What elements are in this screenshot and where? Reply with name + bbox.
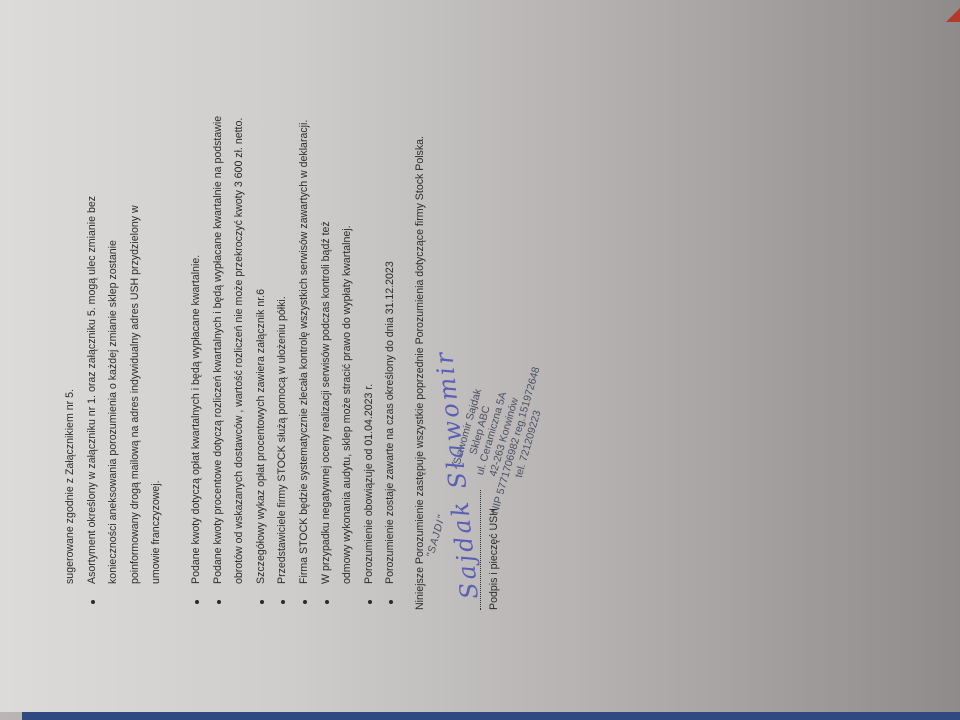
- list-item-continuation: sugerowane zgodnie z Załącznikiem nr 5.: [60, 0, 82, 610]
- bullet-item: Przedstawiciele firmy STOCK służą pomocą…: [272, 0, 294, 610]
- blue-surface-edge: [22, 712, 960, 720]
- list-item-continuation: konieczności aneksowania porozumienia o …: [103, 0, 125, 610]
- list-top: sugerowane zgodnie z Załącznikiem nr 5.A…: [60, 0, 168, 610]
- list-item-continuation: odmowy wykonania audytu, sklep może stra…: [337, 0, 359, 610]
- bullet-item: Podane kwoty procentowe dotyczą rozlicze…: [208, 0, 230, 610]
- list-item-continuation: poinformowany drogą mailową na adres ind…: [125, 0, 147, 610]
- bullet-item: Porozumienie obowiązuje od 01.04.2023 r.: [359, 0, 381, 610]
- signature-label: Podpis i pieczęć USH: [484, 508, 506, 610]
- bullet-item: Szczegółowy wykaz opłat procentowych zaw…: [251, 0, 273, 610]
- bullet-item: W przypadku negatywnej oceny realizacji …: [316, 0, 338, 610]
- signature-line: [480, 490, 481, 610]
- list-terms: Podane kwoty dotyczą opłat kwartalnych i…: [186, 0, 402, 610]
- bullet-item: Porozumienie zostaje zawarte na czas okr…: [380, 0, 402, 610]
- agreement-document: sugerowane zgodnie z Załącznikiem nr 5.A…: [60, 0, 580, 610]
- bullet-item: Asortyment określony w załączniku nr 1. …: [82, 0, 104, 610]
- red-corner-object: [946, 8, 960, 22]
- bullet-item: Podane kwoty dotyczą opłat kwartalnych i…: [186, 0, 208, 610]
- bullet-item: Firma STOCK będzie systematycznie zlecał…: [294, 0, 316, 610]
- list-item-continuation: obrotów od wskazanych dostawców , wartoś…: [229, 0, 251, 610]
- closing-statement: Niniejsze Porozumienie zastępuje wszystk…: [410, 0, 432, 610]
- list-item-continuation: umowie franczyzowej.: [146, 0, 168, 610]
